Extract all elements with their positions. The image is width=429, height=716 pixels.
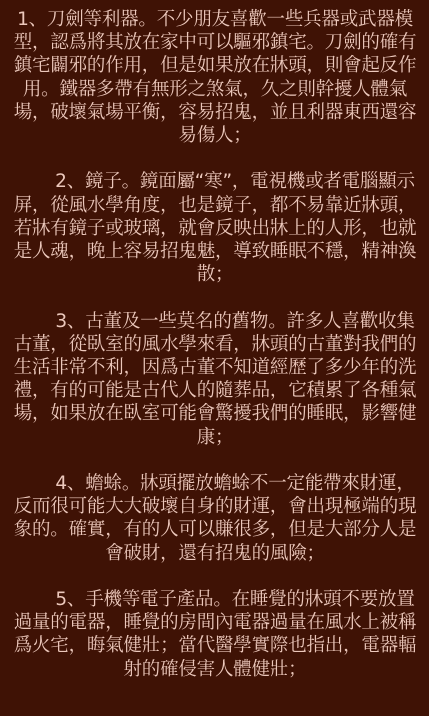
- paragraph-toad: 4、蟾蜍。牀頭擺放蟾蜍不一定能帶來財運，反而很可能大大破壞自身的財運，會出現極端…: [13, 472, 417, 565]
- paragraph-knives: 1、刀劍等利器。不少朋友喜歡一些兵器或武器模型，認爲將其放在家中可以驅邪鎮宅。刀…: [13, 8, 417, 147]
- paragraph-electronics: 5、手機等電子產品。在睡覺的牀頭不要放置過量的電器，睡覺的房間內電器過量在風水上…: [13, 588, 417, 681]
- paragraph-mirrors: 2、鏡子。鏡面屬“寒”，電視機或者電腦顯示屏，從風水學角度，也是鏡子，都不易靠近…: [13, 170, 417, 286]
- paragraph-antiques: 3、古董及一些莫名的舊物。許多人喜歡收集古董，從臥室的風水學來看，牀頭的古董對我…: [13, 310, 417, 449]
- article-body: 1、刀劍等利器。不少朋友喜歡一些兵器或武器模型，認爲將其放在家中可以驅邪鎮宅。刀…: [0, 0, 429, 681]
